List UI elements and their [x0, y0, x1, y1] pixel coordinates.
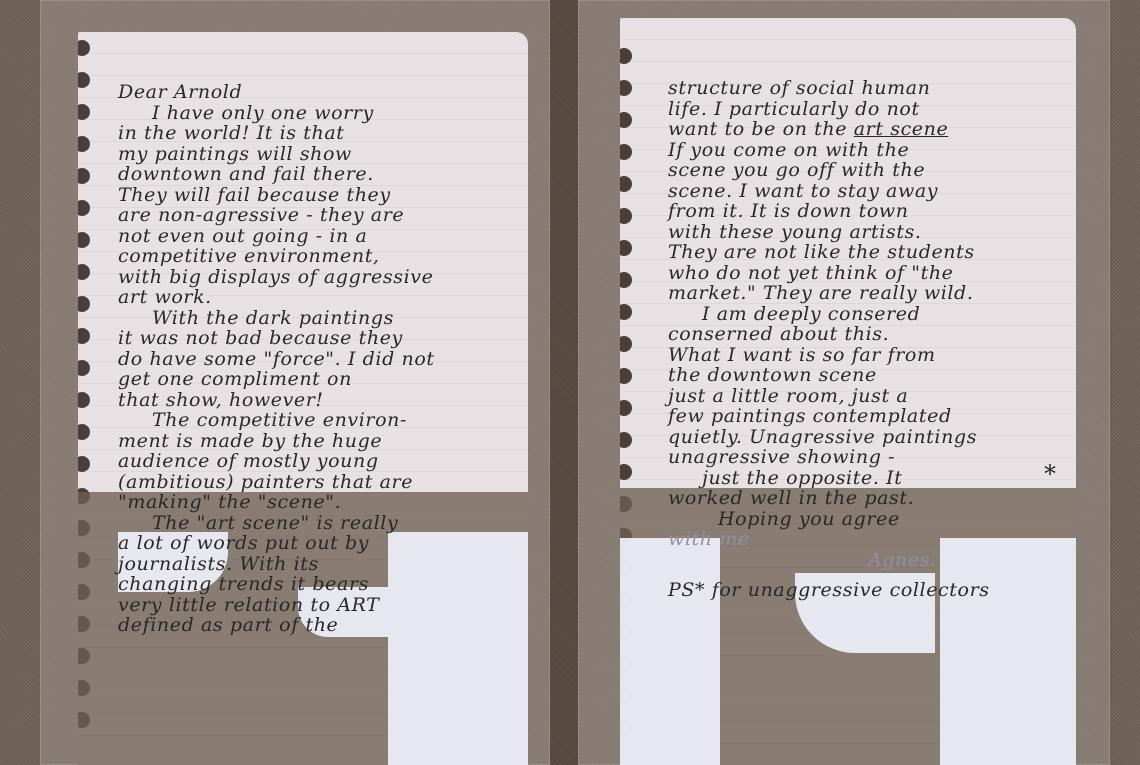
letter-line: just a little room, just a [668, 386, 1060, 407]
letter-line: conserned about this. [668, 324, 1060, 345]
letter-line: want to be on the art scene [668, 119, 1060, 140]
letter-line: What I want is so far from [668, 345, 1060, 366]
closing-line: with me [668, 529, 1060, 550]
letter-line: are non-agressive - they are [118, 205, 512, 226]
letter-line: do have some "force". I did not [118, 349, 512, 370]
punch-hole [78, 648, 90, 664]
punch-hole [620, 144, 632, 160]
letter-line: not even out going - in a [118, 226, 512, 247]
letter-line: competitive environment, [118, 246, 512, 267]
letter-line: I am deeply consered [668, 304, 1060, 325]
punch-hole [78, 136, 90, 152]
punch-hole [78, 456, 90, 472]
punch-hole [78, 712, 90, 728]
punch-hole [78, 232, 90, 248]
perforated-edge [620, 18, 638, 765]
punch-hole [620, 464, 632, 480]
punch-hole [620, 592, 632, 608]
punch-hole [620, 528, 632, 544]
closing-line: Hoping you agree [668, 509, 1060, 530]
letter-line: with big displays of aggressive [118, 267, 512, 288]
letter-line: it was not bad because they [118, 328, 512, 349]
letter-line: The "art scene" is really [118, 513, 512, 534]
punch-hole [620, 112, 632, 128]
punch-hole [620, 48, 632, 64]
letter-line: scene you go off with the [668, 160, 1060, 181]
letter-page-2: * structure of social human life. I part… [620, 18, 1076, 765]
letter-line: The competitive environ- [118, 410, 512, 431]
punch-hole [620, 240, 632, 256]
punch-hole [78, 424, 90, 440]
perforated-edge [78, 32, 96, 765]
postscript: PS* for unaggressive collectors [668, 580, 1060, 601]
punch-hole [620, 336, 632, 352]
letter-line: art work. [118, 287, 512, 308]
letter-line: just the opposite. It [668, 468, 1060, 489]
letter-line: changing trends it bears [118, 574, 512, 595]
letter-line: that show, however! [118, 390, 512, 411]
punch-hole [620, 80, 632, 96]
punch-hole [620, 176, 632, 192]
underlined-art-scene: art scene [854, 118, 949, 140]
letter-line: life. I particularly do not [668, 99, 1060, 120]
letter-line: my paintings will show [118, 144, 512, 165]
punch-hole [78, 40, 90, 56]
letter-line: "making" the "scene". [118, 492, 512, 513]
letter-line: worked well in the past. [668, 488, 1060, 509]
punch-hole [78, 616, 90, 632]
punch-hole [620, 688, 632, 704]
letter-body-page-1: Dear Arnold I have only one worry in the… [118, 82, 512, 636]
punch-hole [78, 584, 90, 600]
letter-line: quietly. Unagressive paintings [668, 427, 1060, 448]
punch-hole [620, 560, 632, 576]
letter-page-1: Dear Arnold I have only one worry in the… [78, 32, 528, 765]
salutation: Dear Arnold [118, 82, 512, 103]
letter-body-page-2: structure of social human life. I partic… [668, 78, 1060, 601]
signature: Agnes. [668, 550, 1060, 571]
punch-hole [78, 200, 90, 216]
punch-hole [78, 552, 90, 568]
letter-line: the downtown scene [668, 365, 1060, 386]
punch-hole [620, 272, 632, 288]
punch-hole [78, 296, 90, 312]
punch-hole [620, 368, 632, 384]
letter-line: defined as part of the [118, 615, 512, 636]
punch-hole [78, 488, 90, 504]
punch-hole [620, 720, 632, 736]
letter-line: audience of mostly young [118, 451, 512, 472]
letter-line: If you come on with the [668, 140, 1060, 161]
letter-line: with these young artists. [668, 222, 1060, 243]
letter-line: I have only one worry [118, 103, 512, 124]
punch-hole [620, 304, 632, 320]
letter-line: journalists. With its [118, 554, 512, 575]
letter-line: They are not like the students [668, 242, 1060, 263]
letter-line: very little relation to ART [118, 595, 512, 616]
punch-hole [78, 264, 90, 280]
letter-line: scene. I want to stay away [668, 181, 1060, 202]
letter-line: With the dark paintings [118, 308, 512, 329]
punch-hole [78, 72, 90, 88]
letter-line: get one compliment on [118, 369, 512, 390]
letter-line: a lot of words put out by [118, 533, 512, 554]
punch-hole [620, 656, 632, 672]
letter-line: ment is made by the huge [118, 431, 512, 452]
punch-hole [620, 208, 632, 224]
punch-hole [620, 400, 632, 416]
letter-line: market." They are really wild. [668, 283, 1060, 304]
letter-line: from it. It is down town [668, 201, 1060, 222]
punch-hole [620, 624, 632, 640]
letter-line: few paintings contemplated [668, 406, 1060, 427]
gutter-fabric [550, 0, 578, 765]
punch-hole [620, 496, 632, 512]
letter-line: structure of social human [668, 78, 1060, 99]
punch-hole [78, 360, 90, 376]
letter-line: in the world! It is that [118, 123, 512, 144]
letter-line: They will fail because they [118, 185, 512, 206]
letter-line: (ambitious) painters that are [118, 472, 512, 493]
punch-hole [78, 104, 90, 120]
punch-hole [78, 168, 90, 184]
punch-hole [78, 680, 90, 696]
punch-hole [620, 432, 632, 448]
letter-line: who do not yet think of "the [668, 263, 1060, 284]
punch-hole [78, 328, 90, 344]
punch-hole [78, 392, 90, 408]
letter-line: downtown and fail there. [118, 164, 512, 185]
punch-hole [78, 520, 90, 536]
letter-line: unagressive showing - [668, 447, 1060, 468]
